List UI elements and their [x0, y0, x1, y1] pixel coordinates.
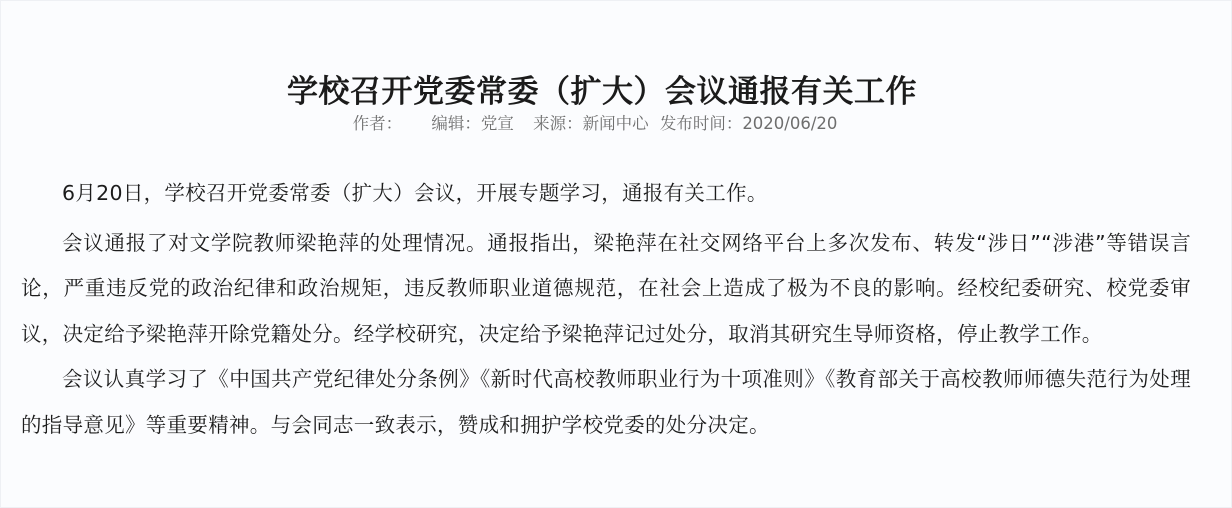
editor-label: 编辑： [431, 114, 481, 133]
article-meta: 作者： 编辑：党宣 来源：新闻中心 发布时间：2020/06/20 [1, 111, 1203, 137]
publish-date-value: 2020/06/20 [742, 114, 837, 133]
article-paragraph-3: 会议认真学习了《中国共产党纪律处分条例》《新时代高校教师职业行为十项准则》《教育… [21, 357, 1191, 448]
publish-date-label: 发布时间： [660, 114, 743, 133]
article-paragraph-2: 会议通报了对文学院教师梁艳萍的处理情况。通报指出，梁艳萍在社交网络平台上多次发布… [21, 221, 1191, 358]
article-paragraph-1: 6月20日，学校召开党委常委（扩大）会议，开展专题学习，通报有关工作。 [21, 171, 1191, 217]
source-label: 来源： [533, 114, 583, 133]
source-value: 新闻中心 [583, 114, 649, 133]
article-body: 6月20日，学校召开党委常委（扩大）会议，开展专题学习，通报有关工作。 会议通报… [21, 171, 1191, 448]
article-title: 学校召开党委常委（扩大）会议通报有关工作 [1, 70, 1203, 114]
author-label: 作者： [353, 114, 403, 133]
article-page: 学校召开党委常委（扩大）会议通报有关工作 作者： 编辑：党宣 来源：新闻中心 发… [0, 0, 1232, 508]
editor-value: 党宣 [481, 114, 514, 133]
